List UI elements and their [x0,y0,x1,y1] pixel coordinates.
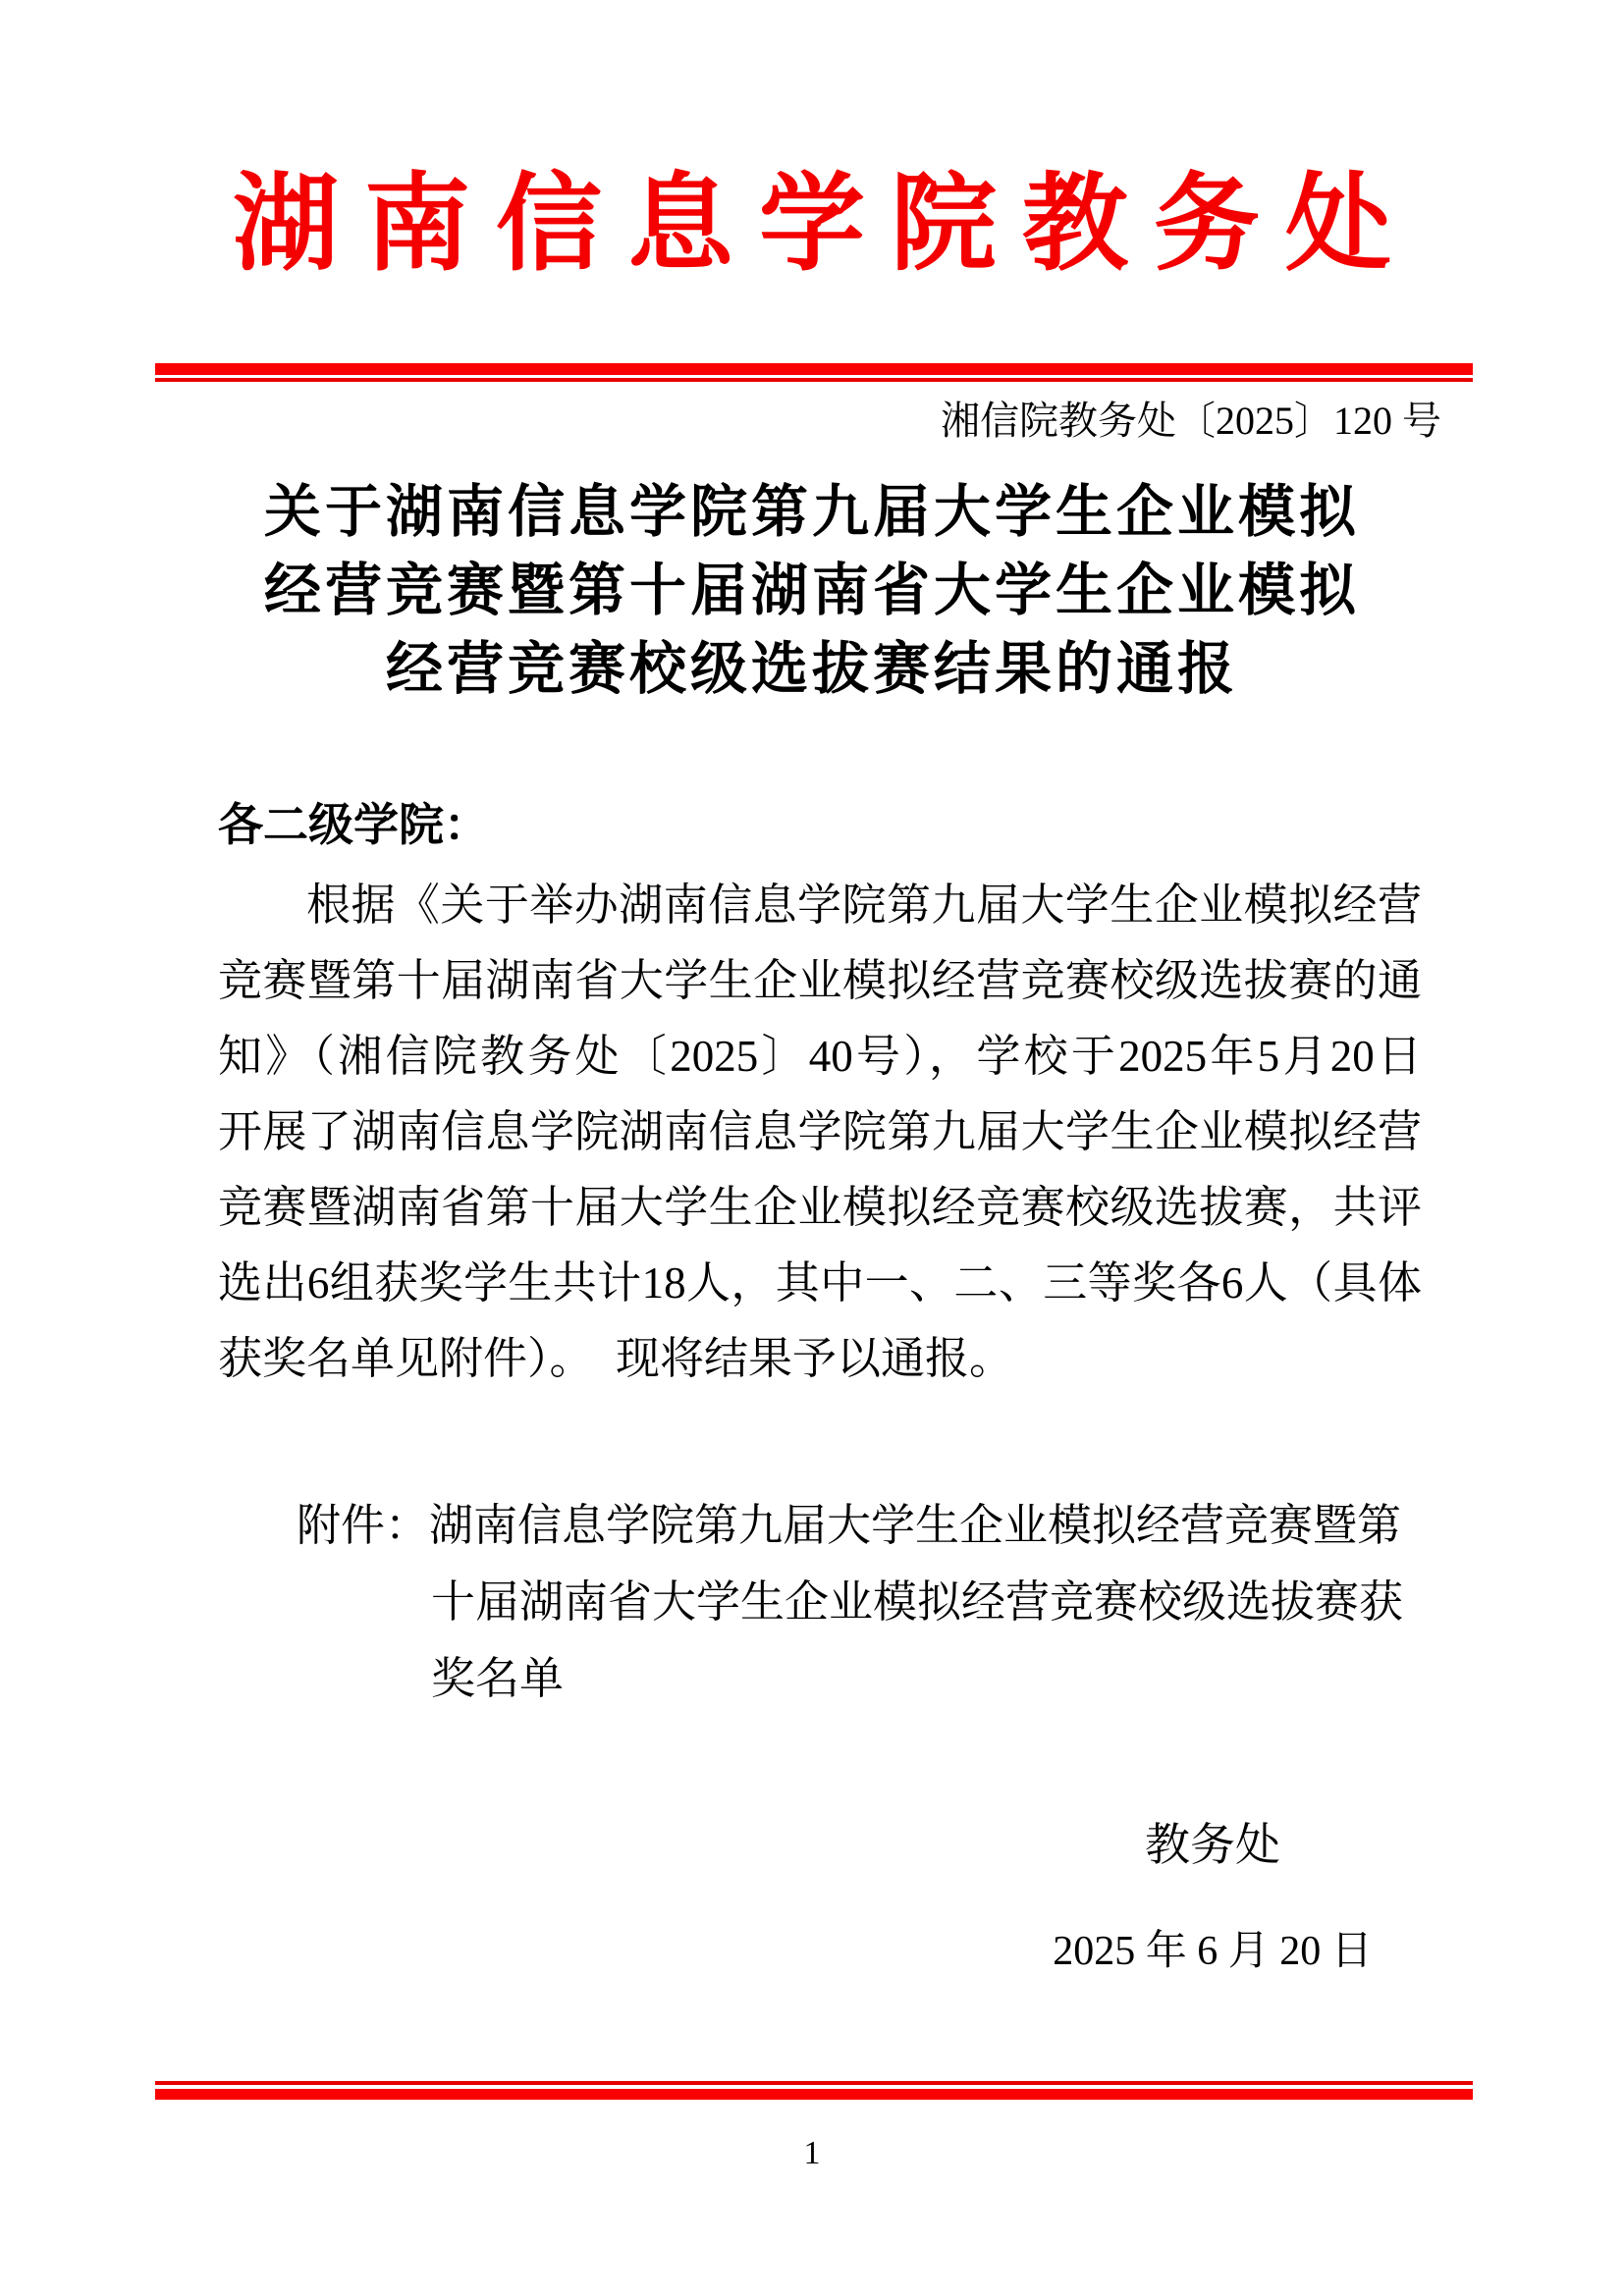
paragraph-line: 选出6组获奖学生共计18人，其中一、二、三等奖各6人（具体 [218,1246,1422,1321]
signature-block: 教务处 2025 年 6 月 20 日 [1011,1816,1414,1979]
attachment-note: 附件：湖南信息学院第九届大学生企业模拟经营竞赛暨第 十届湖南省大学生企业模拟经营… [297,1487,1475,1717]
paragraph-line: 知》（湘信院教务处〔2025〕40号），学校于2025年5月20日 [218,1019,1422,1095]
paragraph-line: 获奖名单见附件）。 现将结果予以通报。 [218,1321,1422,1397]
letterhead-org-title: 湖南信息学院教务处 [0,162,1624,290]
paragraph-line: 竞赛暨湖南省第十届大学生企业模拟经竞赛校级选拔赛，共评 [218,1170,1422,1246]
signature-department: 教务处 [1011,1816,1414,1875]
attachment-line: 十届湖南省大学生企业模拟经营竞赛校级选拔赛获 [431,1564,1475,1640]
document-title-line-3: 经营竞赛校级选拔赛结果的通报 [0,630,1624,709]
attachment-line: 奖名单 [431,1640,1475,1717]
paragraph-line: 开展了湖南信息学院湖南信息学院第九届大学生企业模拟经营 [218,1095,1422,1170]
page-number: 1 [0,2132,1624,2175]
red-line-thin [155,378,1473,382]
document-title-line-2: 经营竞赛暨第十届湖南省大学生企业模拟 [0,552,1624,630]
paragraph-line: 竞赛暨第十届湖南省大学生企业模拟经营竞赛校级选拔赛的通 [218,943,1422,1019]
attachment-line: 附件：湖南信息学院第九届大学生企业模拟经营竞赛暨第 [297,1487,1475,1564]
red-separator-top [155,363,1473,382]
document-title: 关于湖南信息学院第九届大学生企业模拟 经营竞赛暨第十届湖南省大学生企业模拟 经营… [0,473,1624,709]
main-paragraph: 根据《关于举办湖南信息学院第九届大学生企业模拟经营 竞赛暨第十届湖南省大学生企业… [218,868,1422,1397]
red-line-thin [155,2081,1473,2085]
official-document-page: 湖南信息学院教务处 湘信院教务处〔2025〕120 号 关于湖南信息学院第九届大… [0,0,1624,2296]
document-title-line-1: 关于湖南信息学院第九届大学生企业模拟 [0,473,1624,552]
paragraph-line: 根据《关于举办湖南信息学院第九届大学生企业模拟经营 [218,868,1422,943]
document-reference-number: 湘信院教务处〔2025〕120 号 [941,397,1441,446]
salutation: 各二级学院： [218,793,489,858]
signature-date: 2025 年 6 月 20 日 [1011,1924,1414,1979]
red-separator-bottom [155,2081,1473,2100]
red-line-thick [155,2089,1473,2100]
red-line-thick [155,363,1473,375]
